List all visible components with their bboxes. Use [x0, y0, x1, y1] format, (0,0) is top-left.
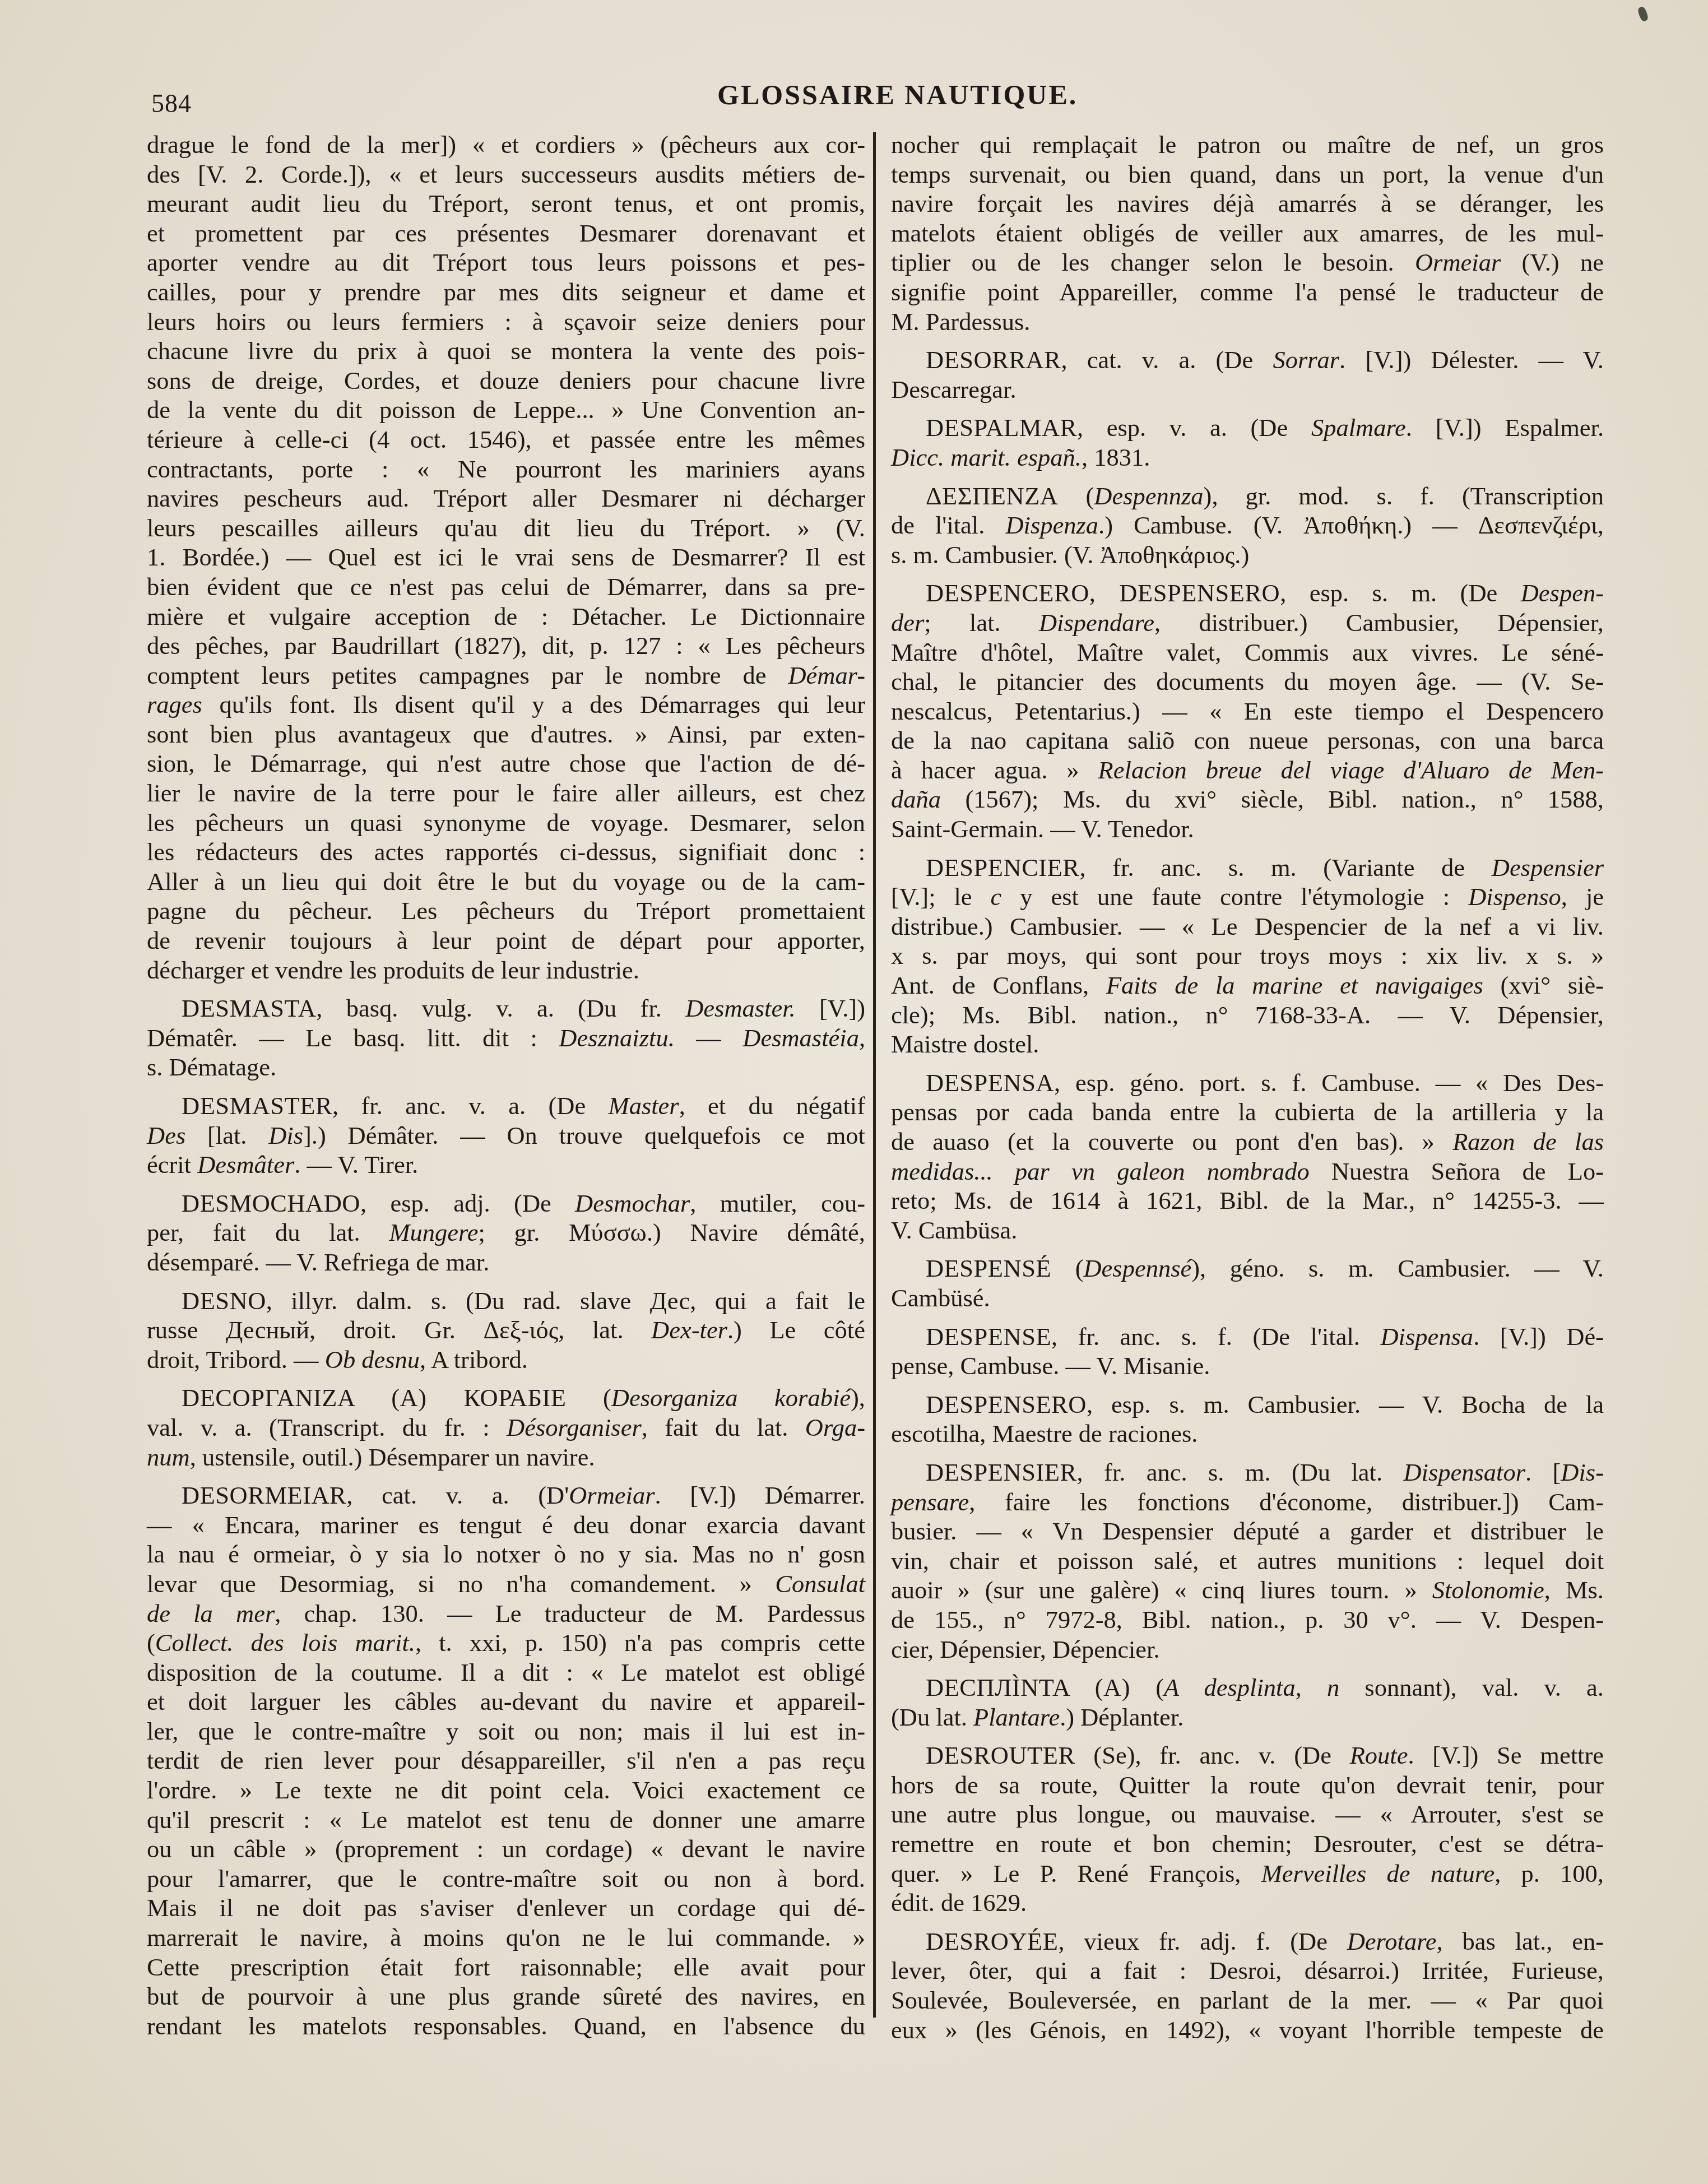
text-run: 1. Bordée.) — Quel est ici le vrai sens …	[147, 543, 865, 571]
italic-text: Spalmare	[1311, 414, 1406, 442]
text-line: levar que Desormiag, si no n'ha comandem…	[147, 1569, 865, 1599]
entry-headline: DESORMEIAR, cat. v. a. (D'Ormeiar. [V.])…	[147, 1481, 865, 1510]
text-line: Cette prescription était fort raisonnabl…	[147, 1953, 865, 1982]
text-run: s. m. Cambusier. (V. Ἀποθηκάριος.)	[891, 541, 1249, 569]
text-run: navire forçait les navires déjà amarrés …	[891, 189, 1604, 217]
italic-text: Sorrar	[1273, 346, 1339, 374]
entry-headline: DESMASTER, fr. anc. v. a. (De Master, et…	[147, 1091, 865, 1121]
italic-text: num	[147, 1443, 190, 1471]
italic-text: Des	[147, 1121, 185, 1149]
entry-headline: DESPENSA, esp. géno. port. s. f. Cambuse…	[891, 1068, 1604, 1098]
text-run: lever, ôter, qui a fait : Desroi, désarr…	[891, 1956, 1604, 1984]
text-run: et doit larguer les câbles au-devant du …	[147, 1687, 865, 1715]
italic-text: rages	[147, 690, 202, 718]
text-line: sons de dreige, Cordes, et douze deniers…	[147, 366, 865, 396]
headword: DESPALMAR	[926, 414, 1077, 442]
text-run: leurs pescailles ailleurs qu'au dit lieu…	[147, 514, 865, 542]
italic-text: daña	[891, 785, 941, 813]
italic-text: Orga-	[805, 1413, 865, 1441]
text-run: terdit de rien lever pour désappareiller…	[147, 1746, 865, 1774]
text-run: —	[675, 1024, 742, 1052]
headword: DESPENSERO	[926, 1390, 1087, 1418]
text-run: (1567); Ms. du xvi° siècle, Bibl. nation…	[941, 785, 1604, 813]
italic-text: A desplinta	[1164, 1673, 1296, 1701]
italic-text: Dis	[268, 1121, 303, 1149]
headword: DESNO	[182, 1287, 266, 1315]
entry-headline: DESORRAR, cat. v. a. (De Sorrar. [V.]) D…	[891, 345, 1604, 375]
text-line: busier. — « Vn Despensier député a garde…	[891, 1517, 1604, 1546]
entry-headline: DESPENSERO, esp. s. m. Cambusier. — V. B…	[891, 1390, 1604, 1420]
entry-headline: DESPALMAR, esp. v. a. (De Spalmare. [V.]…	[891, 413, 1604, 443]
text-line: et doit larguer les câbles au-devant du …	[147, 1687, 865, 1717]
text-run: de la vente du dit poisson de Leppe... »…	[147, 396, 865, 424]
text-line: édit. de 1629.	[891, 1888, 1604, 1918]
text-run: des [V. 2. Corde.]), « et leurs successe…	[147, 160, 865, 188]
text-line: Ant. de Conflans, Faits de la marine et …	[891, 971, 1604, 1000]
italic-text: Plantare	[973, 1703, 1060, 1731]
text-run: de auaso (et la couverte ou pont d'en ba…	[891, 1128, 1452, 1156]
entry-headline: DESPENCIER, fr. anc. s. m. (Variante de …	[891, 853, 1604, 883]
text-line: lier le navire de la terre pour le faire…	[147, 778, 865, 808]
text-line: Dicc. marit. españ., 1831.	[891, 443, 1604, 472]
text-line: Des [lat. Dis].) Démâter. — On trouve qu…	[147, 1121, 865, 1151]
text-line: chal, le pitancier des documents du moye…	[891, 667, 1604, 697]
text-run: , Ms.	[1544, 1576, 1604, 1604]
text-run: M. Pardessus.	[891, 308, 1030, 336]
italic-text: der	[891, 609, 924, 637]
italic-text: Dispensa	[1380, 1323, 1473, 1351]
text-line: vin, chair et poisson salé, et autres mu…	[891, 1546, 1604, 1576]
text-line: escotilha, Maestre de raciones.	[891, 1419, 1604, 1449]
text-line: Aller à un lieu qui doit être le but du …	[147, 867, 865, 897]
text-run: Ant. de Conflans,	[891, 971, 1106, 999]
text-line: Mais il ne doit pas s'aviser d'enlever u…	[147, 1893, 865, 1923]
text-line: distribue.) Cambusier. — « Le Despencier…	[891, 912, 1604, 942]
text-line: leurs pescailles ailleurs qu'au dit lieu…	[147, 513, 865, 543]
text-run: de revenir toujours à leur point de dépa…	[147, 926, 865, 954]
text-run: ; gr. Μύσσω.) Navire démâté,	[478, 1218, 865, 1246]
text-run: , illyr. dalm. s. (Du rad. slave Дес, qu…	[266, 1287, 865, 1315]
text-run: x s. par moys, qui sont pour troys moys …	[891, 942, 1604, 970]
italic-text: Dex-ter	[651, 1316, 727, 1344]
text-run: de la nao capitana saliõ con nueue perso…	[891, 726, 1604, 754]
entry-headline: DESROYÉE, vieux fr. adj. f. (De Derotare…	[891, 1927, 1604, 1956]
text-line: chacune livre du prix à quoi se montera …	[147, 336, 865, 366]
text-run: [lat.	[185, 1121, 268, 1149]
headword: DESPENSE	[926, 1323, 1051, 1351]
text-line: de la mer, chap. 130. — Le traducteur de…	[147, 1599, 865, 1629]
text-line: meurant audit lieu du Tréport, seront te…	[147, 189, 865, 219]
headword: DESORRAR	[926, 346, 1061, 374]
text-line: eux » (les Génois, en 1492), « voyant l'…	[891, 2015, 1604, 2045]
italic-text: Merveilles de nature	[1261, 1860, 1495, 1888]
text-run: lier le navire de la terre pour le faire…	[147, 779, 865, 807]
text-line: signifie point Appareiller, comme l'a pe…	[891, 277, 1604, 307]
text-run: eux » (les Génois, en 1492), « voyant l'…	[891, 2016, 1604, 2044]
ink-speck	[1637, 6, 1649, 22]
text-run: une autre plus longue, ou mauvaise. — « …	[891, 1800, 1604, 1828]
text-run: val. v. a. (Transcript. du fr. :	[147, 1413, 507, 1441]
italic-text: n	[1327, 1673, 1339, 1701]
text-line: ler, que le contre-maître y soit ou non;…	[147, 1717, 865, 1746]
text-run: quer. » Le P. René François,	[891, 1860, 1261, 1888]
text-run: droit, Tribord. —	[147, 1346, 325, 1374]
text-line: de revenir toujours à leur point de dépa…	[147, 926, 865, 956]
text-run: hors de sa route, Quitter la route qu'on…	[891, 1771, 1604, 1799]
italic-text: Dicc. marit. españ.	[891, 443, 1082, 471]
text-run: mière et vulgaire acception de : Détache…	[147, 602, 865, 630]
text-run: (V.) ne	[1501, 248, 1604, 276]
text-run: , ustensile, outil.) Désemparer un navir…	[190, 1443, 595, 1471]
italic-text: Collect. des lois marit.	[155, 1629, 415, 1657]
text-line: bien évident que ce n'est pas celui de D…	[147, 572, 865, 602]
italic-text: Despennsé	[1083, 1254, 1191, 1282]
text-run: vin, chair et poisson salé, et autres mu…	[891, 1547, 1604, 1575]
text-line: — « Encara, mariner es tengut é deu dona…	[147, 1510, 865, 1540]
text-line: (Du lat. Plantare.) Déplanter.	[891, 1703, 1604, 1732]
text-run: nescalcus, Petentarius.) — « En este tie…	[891, 697, 1604, 725]
text-line: temps survenait, ou bien quand, dans un …	[891, 160, 1604, 189]
text-run: per, fait du lat.	[147, 1218, 389, 1246]
text-line: disposition de la coutume. Il a dit : « …	[147, 1658, 865, 1687]
text-run: , basq. vulg. v. a. (Du fr.	[316, 994, 685, 1022]
text-run: temps survenait, ou bien quand, dans un …	[891, 160, 1604, 188]
headword: DECПЛÌNTA (A)	[926, 1673, 1130, 1701]
italic-text: Desmaster.	[685, 994, 796, 1022]
text-line: lever, ôter, qui a fait : Desroi, désarr…	[891, 1956, 1604, 1986]
text-run: , vieux fr. adj. f. (De	[1058, 1927, 1347, 1955]
text-line: et promettent par ces présentes Desmarer…	[147, 219, 865, 248]
text-run: Nuestra Señora de Lo-	[1310, 1157, 1604, 1185]
text-run: ; lat.	[924, 609, 1039, 637]
text-run: meurant audit lieu du Tréport, seront te…	[147, 189, 865, 217]
headword: DECОРГАNIZA (A) КОРАБІЕ	[182, 1384, 566, 1412]
running-head: GLOSSAIRE NAUTIQUE.	[717, 78, 1078, 111]
text-run: ), géno. s. m. Cambusier. — V.	[1191, 1254, 1604, 1282]
text-line: s. Dématage.	[147, 1052, 865, 1082]
entry-headline: DECПЛÌNTA (A) (A desplinta, n sonnant), …	[891, 1673, 1604, 1703]
text-run: — « Encara, mariner es tengut é deu dona…	[147, 1511, 865, 1539]
text-line: matelots étaient obligés de veiller aux …	[891, 219, 1604, 248]
text-line: désemparé. — V. Refriega de mar.	[147, 1248, 865, 1277]
text-run: ,	[859, 1024, 865, 1052]
text-run: . — V. Tirer.	[294, 1151, 418, 1179]
text-line: reto; Ms. de 1614 à 1621, Bibl. de la Ma…	[891, 1186, 1604, 1216]
text-line: hors de sa route, Quitter la route qu'on…	[891, 1770, 1604, 1800]
text-run: , fr. anc. s. f. (De l'ital.	[1051, 1323, 1380, 1351]
text-run: tiplier ou de les changer selon le besoi…	[891, 248, 1415, 276]
text-run: , faire les fonctions d'économe, distrib…	[969, 1488, 1604, 1516]
text-run: , A tribord.	[420, 1346, 528, 1374]
text-run: (	[1130, 1673, 1164, 1701]
text-line: cailles, pour y prendre par mes dits sei…	[147, 277, 865, 307]
italic-text: Desmâter	[197, 1151, 294, 1179]
text-line: à hacer agua. » Relacion breue del viage…	[891, 755, 1604, 785]
text-line: pense, Cambuse. — V. Misanie.	[891, 1351, 1604, 1381]
text-run: et promettent par ces présentes Desmarer…	[147, 219, 865, 247]
text-line: leurs hoirs ou leurs fermiers : à sçavoi…	[147, 307, 865, 337]
text-run: de 155., n° 7972-8, Bibl. nation., p. 30…	[891, 1606, 1604, 1634]
text-line: Descarregar.	[891, 375, 1604, 405]
headword: DESROYÉE	[926, 1927, 1058, 1955]
text-run: .) Cambuse. (V. Ἀποθήκη.) — Δεσπενζιέρι,	[1098, 511, 1604, 539]
text-run: , esp. géno. port. s. f. Cambuse. — « De…	[1054, 1069, 1604, 1097]
text-line: comptent leurs petites campagnes par le …	[147, 661, 865, 690]
italic-text: Faits de la marine et navigaiges	[1106, 971, 1483, 999]
text-line: M. Pardessus.	[891, 307, 1604, 337]
text-run: bien évident que ce n'est pas celui de D…	[147, 573, 865, 601]
text-line: écrit Desmâter. — V. Tirer.	[147, 1150, 865, 1180]
text-run: sonnant), val. v. a.	[1339, 1673, 1604, 1701]
headword: DESPENCERO, DESPENSERO	[926, 579, 1280, 607]
text-run: à hacer agua. »	[891, 756, 1098, 784]
headword: DESPENSIER	[926, 1458, 1077, 1486]
text-run: distribue.) Cambusier. — « Le Despencier…	[891, 912, 1604, 940]
text-run: reto; Ms. de 1614 à 1621, Bibl. de la Ma…	[891, 1186, 1604, 1214]
text-run: [V.])	[796, 994, 865, 1022]
italic-text: Désorganiser	[507, 1413, 642, 1441]
text-line: ou un câble » (proprement : un cordage) …	[147, 1834, 865, 1864]
text-run: ,	[1296, 1673, 1327, 1701]
text-run: nocher qui remplaçait le patron ou maîtr…	[891, 131, 1604, 159]
text-line: de la nao capitana saliõ con nueue perso…	[891, 726, 1604, 755]
text-run: térieure à celle-ci (4 oct. 1546), et pa…	[147, 425, 865, 453]
text-run: , esp. s. m. (De	[1280, 579, 1520, 607]
text-run: remettre en route et bon chemin; Desrout…	[891, 1830, 1604, 1858]
italic-text: pensare	[891, 1488, 969, 1516]
text-run: (	[1058, 482, 1094, 510]
text-run: , fait du lat.	[642, 1413, 805, 1441]
text-run: ), gr. mod. s. f. (Transcription	[1204, 482, 1604, 510]
text-line: V. Cambüsa.	[891, 1216, 1604, 1245]
italic-text: Mungere	[389, 1218, 478, 1246]
text-line: Soulevée, Bouleversée, en parlant de la …	[891, 1986, 1604, 2015]
text-line: navires pescheurs aud. Tréport aller Des…	[147, 484, 865, 513]
text-run: leurs hoirs ou leurs fermiers : à sçavoi…	[147, 308, 865, 336]
text-run: , fr. anc. s. m. (Variante de	[1080, 854, 1492, 882]
text-run: (xvi° siè-	[1483, 971, 1604, 999]
text-run: cailles, pour y prendre par mes dits sei…	[147, 278, 865, 306]
text-run: russe Десный, droit. Gr. Δεξ-ιός, lat.	[147, 1316, 651, 1344]
italic-text: Ormeiar	[569, 1481, 655, 1509]
text-run: escotilha, Maestre de raciones.	[891, 1420, 1198, 1448]
text-line: qu'il prescrit : « Le matelot est tenu d…	[147, 1805, 865, 1835]
italic-text: de la mer	[147, 1599, 275, 1627]
text-run: , je	[1561, 883, 1604, 911]
text-run: busier. — « Vn Despensier député a garde…	[891, 1517, 1604, 1545]
text-line: num, ustensile, outil.) Désemparer un na…	[147, 1443, 865, 1472]
text-run: ),	[851, 1384, 865, 1412]
text-run: Maistre dostel.	[891, 1030, 1039, 1058]
italic-text: Dispenso	[1468, 883, 1561, 911]
text-run: comptent leurs petites campagnes par le …	[147, 661, 788, 689]
text-run: V. Cambüsa.	[891, 1216, 1017, 1244]
text-run: sion, le Démarrage, qui n'est autre chos…	[147, 749, 865, 777]
text-run: . [	[1525, 1458, 1561, 1486]
italic-text: Derotare	[1347, 1927, 1437, 1955]
text-run: , chap. 130. — Le traducteur de M. Parde…	[275, 1599, 865, 1627]
text-run: . [V.]) Espalmer.	[1406, 414, 1604, 442]
text-run: Soulevée, Bouleversée, en parlant de la …	[891, 1986, 1604, 2014]
text-line: quer. » Le P. René François, Merveilles …	[891, 1859, 1604, 1889]
text-run: (Du lat.	[891, 1703, 973, 1731]
text-run: marrerait le navire, à moins qu'on ne le…	[147, 1923, 865, 1951]
text-line: l'ordre. » Le texte ne dit point cela. V…	[147, 1775, 865, 1805]
italic-text: c	[991, 883, 1002, 911]
text-line: la nau é ormeiar, ò y sia lo notxer ò no…	[147, 1540, 865, 1569]
text-line: contractants, porte : « Ne pourront les …	[147, 455, 865, 484]
text-run: disposition de la coutume. Il a dit : « …	[147, 1658, 865, 1686]
text-run: aporter vendre au dit Tréport tous leurs…	[147, 248, 865, 276]
text-run: cle); Ms. Bibl. nation., n° 7168-33-A. —…	[891, 1001, 1604, 1029]
left-column: drague le fond de la mer]) « et cordiers…	[147, 130, 865, 2041]
text-run: , fr. anc. v. a. (De	[332, 1092, 608, 1120]
text-line: pagne du pêcheur. Les pêcheurs du Trépor…	[147, 896, 865, 926]
headword: DESMOCHADO	[182, 1189, 360, 1217]
text-run: matelots étaient obligés de veiller aux …	[891, 219, 1604, 247]
text-line: rages qu'ils font. Ils disent qu'il y a …	[147, 690, 865, 720]
text-run: Cambüsé.	[891, 1284, 990, 1312]
text-run: . [V.]) Se mettre	[1408, 1741, 1604, 1769]
italic-text: medidas... par vn galeon nombrado	[891, 1157, 1310, 1185]
text-run: levar que Desormiag, si no n'ha comandem…	[147, 1570, 775, 1598]
text-run: Dématêr. — Le basq. litt. dit :	[147, 1024, 559, 1052]
text-line: les rédacteurs des actes rapportés ci-de…	[147, 837, 865, 867]
italic-text: Desznaiztu.	[559, 1024, 674, 1052]
headword: ΔΕΣΠΕΝΖΑ	[926, 482, 1058, 510]
italic-text: Ormeiar	[1415, 248, 1501, 276]
text-line: 1. Bordée.) — Quel est ici le vrai sens …	[147, 542, 865, 572]
entry-headline: DESPENSE, fr. anc. s. f. (De l'ital. Dis…	[891, 1322, 1604, 1352]
text-run: ler, que le contre-maître y soit ou non;…	[147, 1717, 865, 1745]
text-run: décharger et vendre les produits de leur…	[147, 956, 639, 984]
scanned-page: 584 GLOSSAIRE NAUTIQUE. drague le fond d…	[0, 0, 1708, 2184]
text-run: , bas lat., en-	[1437, 1927, 1604, 1955]
text-run: chal, le pitancier des documents du moye…	[891, 667, 1604, 695]
italic-text: Despennza	[1094, 482, 1203, 510]
text-run: cier, Dépensier, Dépencier.	[891, 1635, 1160, 1663]
entry-headline: DESMASTA, basq. vulg. v. a. (Du fr. Desm…	[147, 994, 865, 1023]
text-line: medidas... par vn galeon nombrado Nuestr…	[891, 1157, 1604, 1186]
text-run: les pêcheurs un quasi synonyme de voyage…	[147, 809, 865, 837]
text-run: drague le fond de la mer]) « et cordiers…	[147, 131, 865, 159]
text-line: drague le fond de la mer]) « et cordiers…	[147, 130, 865, 160]
text-run: Cette prescription était fort raisonnabl…	[147, 1953, 865, 1981]
text-line: pensare, faire les fonctions d'économe, …	[891, 1487, 1604, 1517]
italic-text: Ob desnu	[325, 1346, 420, 1374]
text-run: pensas por cada banda entre la cubierta …	[891, 1098, 1604, 1126]
text-run: chacune livre du prix à quoi se montera …	[147, 337, 865, 365]
text-line: daña (1567); Ms. du xvi° siècle, Bibl. n…	[891, 785, 1604, 814]
italic-text: Relacion breue del viage d'Aluaro de Men…	[1098, 756, 1604, 784]
entry-headline: DESNO, illyr. dalm. s. (Du rad. slave Де…	[147, 1286, 865, 1316]
text-line: des [V. 2. Corde.]), « et leurs successe…	[147, 160, 865, 189]
text-run: .) Le côté	[727, 1316, 865, 1344]
text-run: signifie point Appareiller, comme l'a pe…	[891, 278, 1604, 306]
text-run: . [V.]) Dé-	[1473, 1323, 1604, 1351]
text-run: pour l'amarrer, que le contre-maître soi…	[147, 1865, 865, 1893]
text-line: des pêches, par Baudrillart (1827), dit,…	[147, 631, 865, 661]
italic-text: Despen-	[1521, 579, 1604, 607]
text-run: , cat. v. a. (De	[1061, 346, 1273, 374]
text-run: , esp. v. a. (De	[1077, 414, 1311, 442]
text-run: , cat. v. a. (D'	[346, 1481, 569, 1509]
text-line: x s. par moys, qui sont pour troys moys …	[891, 941, 1604, 971]
text-run: (	[1051, 1254, 1083, 1282]
text-run: , mutiler, cou-	[690, 1189, 865, 1217]
text-run: . [V.]) Démarrer.	[655, 1481, 865, 1509]
text-line: de auaso (et la couverte ou pont d'en ba…	[891, 1127, 1604, 1157]
text-line: s. m. Cambusier. (V. Ἀποθηκάριος.)	[891, 540, 1604, 570]
entry-headline: ΔΕΣΠΕΝΖΑ (Despennza), gr. mod. s. f. (Tr…	[891, 481, 1604, 511]
headword: DESPENCIER	[926, 854, 1080, 882]
text-run: l'ordre. » Le texte ne dit point cela. V…	[147, 1776, 865, 1804]
text-line: val. v. a. (Transcript. du fr. : Désorga…	[147, 1413, 865, 1443]
text-run: .) Déplanter.	[1060, 1703, 1183, 1731]
text-line: aporter vendre au dit Tréport tous leurs…	[147, 248, 865, 277]
text-line: rendant les matelots responsables. Quand…	[147, 2011, 865, 2041]
text-line: tiplier ou de les changer selon le besoi…	[891, 248, 1604, 277]
entry-headline: DESMOCHADO, esp. adj. (De Desmochar, mut…	[147, 1189, 865, 1218]
text-line: marrerait le navire, à moins qu'on ne le…	[147, 1923, 865, 1953]
text-run: sons de dreige, Cordes, et douze deniers…	[147, 367, 865, 395]
text-line: de la vente du dit poisson de Leppe... »…	[147, 395, 865, 425]
text-line: de 155., n° 7972-8, Bibl. nation., p. 30…	[891, 1605, 1604, 1635]
italic-text: Desmochar	[575, 1189, 690, 1217]
text-run: Aller à un lieu qui doit être le but du …	[147, 868, 865, 896]
entry-headline: DECОРГАNIZA (A) КОРАБІЕ (Desorganiza kor…	[147, 1383, 865, 1413]
headword: DESROUTER	[926, 1741, 1075, 1769]
text-run: Saint-Germain. — V. Tenedor.	[891, 815, 1194, 843]
text-run: s. Dématage.	[147, 1053, 276, 1081]
text-run: , et du négatif	[679, 1092, 865, 1120]
italic-text: Dispenza	[1005, 511, 1098, 539]
italic-text: Dispensator	[1403, 1458, 1525, 1486]
text-line: mière et vulgaire acception de : Détache…	[147, 602, 865, 632]
text-run: Mais il ne doit pas s'aviser d'enlever u…	[147, 1894, 865, 1922]
text-run: , esp. s. m. Cambusier. — V. Bocha de la	[1087, 1390, 1604, 1418]
text-run: ].) Démâter. — On trouve quelquefois ce …	[303, 1121, 865, 1149]
text-run: auoir » (sur une galère) « cinq liures t…	[891, 1576, 1432, 1604]
text-line: sion, le Démarrage, qui n'est autre chos…	[147, 749, 865, 778]
text-line: remettre en route et bon chemin; Desrout…	[891, 1829, 1604, 1859]
column-rule	[873, 132, 876, 2018]
italic-text: Démar-	[788, 661, 865, 689]
headword: DESPENSA	[926, 1069, 1054, 1097]
italic-text: Desorganiza korabié	[611, 1384, 851, 1412]
text-run: ou un câble » (proprement : un cordage) …	[147, 1835, 865, 1863]
text-run: contractants, porte : « Ne pourront les …	[147, 455, 865, 483]
text-run: sont bien plus avantageux que d'autres. …	[147, 720, 865, 748]
text-line: pensas por cada banda entre la cubierta …	[891, 1097, 1604, 1127]
italic-text: Despensier	[1492, 854, 1604, 882]
italic-text: Route	[1350, 1741, 1408, 1769]
text-line: [V.]; le c y est une faute contre l'étym…	[891, 882, 1604, 912]
text-line: de l'ital. Dispenza.) Cambuse. (V. Ἀποθή…	[891, 511, 1604, 540]
headword: DESORMEIAR	[182, 1481, 346, 1509]
entry-headline: DESROUTER (Se), fr. anc. v. (De Route. […	[891, 1741, 1604, 1770]
text-run: de l'ital.	[891, 511, 1005, 539]
headword: DESMASTER	[182, 1092, 332, 1120]
text-run: désemparé. — V. Refriega de mar.	[147, 1248, 489, 1276]
text-line: terdit de rien lever pour désappareiller…	[147, 1746, 865, 1775]
italic-text: Dis-	[1561, 1458, 1604, 1486]
text-run: des pêches, par Baudrillart (1827), dit,…	[147, 632, 865, 660]
text-run: Maître d'hôtel, Maître valet, Commis aux…	[891, 638, 1604, 666]
text-line: les pêcheurs un quasi synonyme de voyage…	[147, 808, 865, 838]
text-run: écrit	[147, 1151, 197, 1179]
text-line: pour l'amarrer, que le contre-maître soi…	[147, 1864, 865, 1894]
